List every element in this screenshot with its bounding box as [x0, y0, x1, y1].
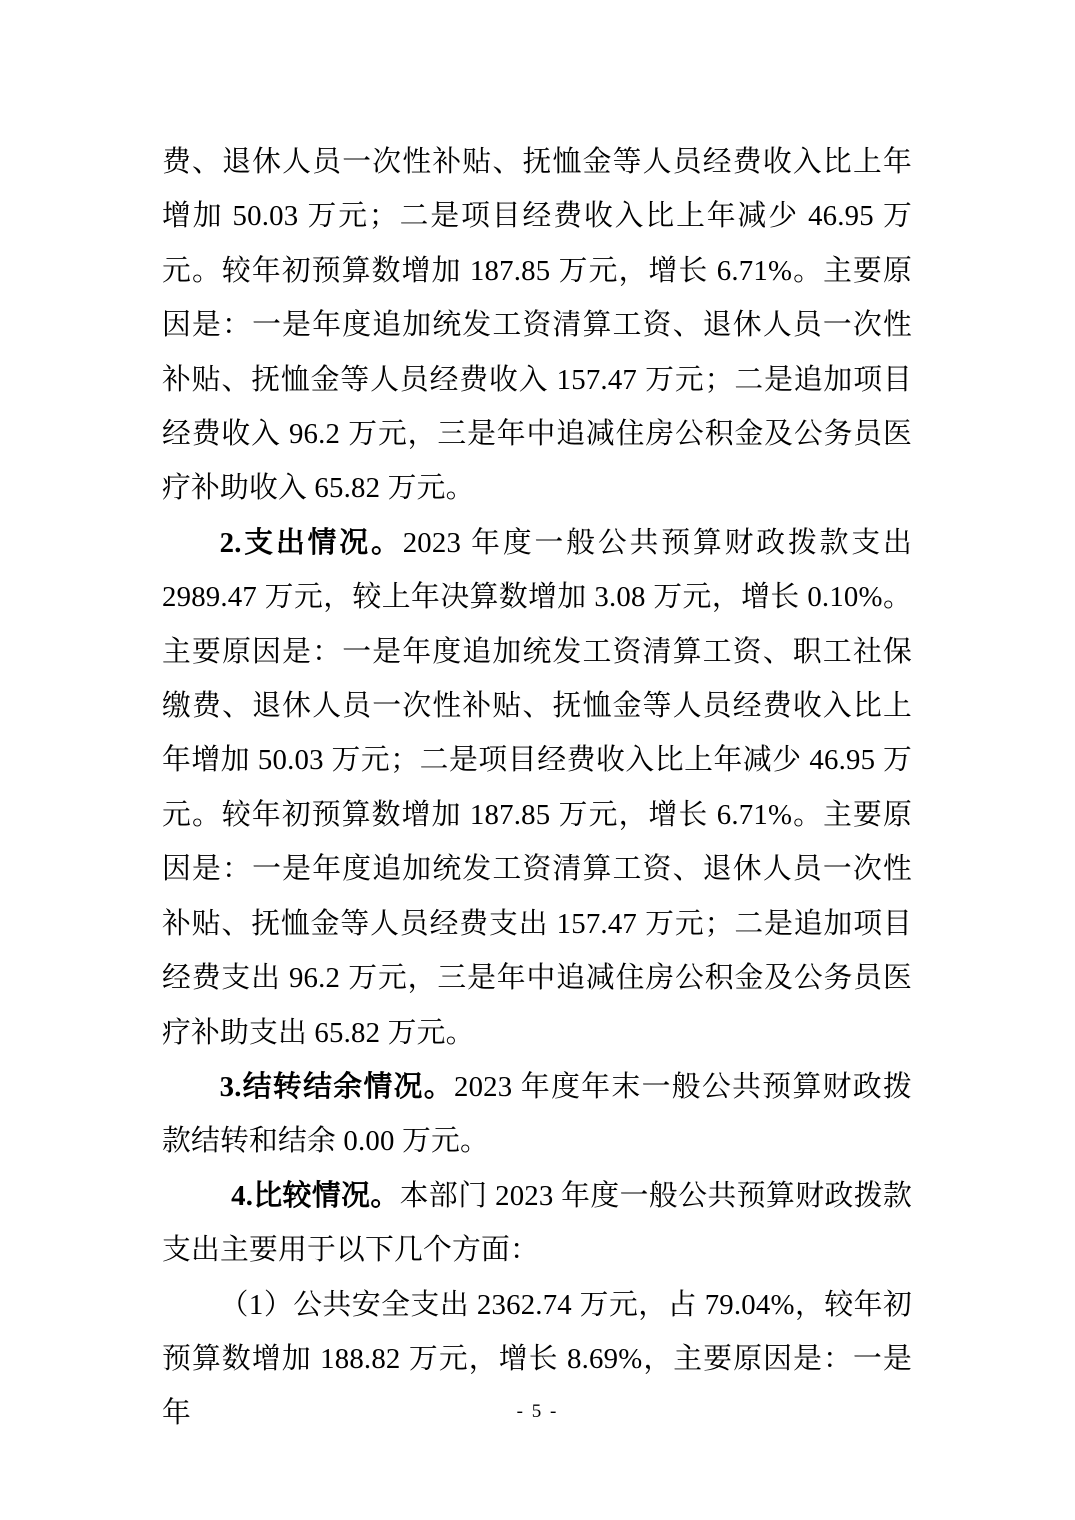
document-body: 费、退休人员一次性补贴、抚恤金等人员经费收入比上年增加 50.03 万元；二是项…	[162, 135, 912, 1441]
section-heading-text: 3.结转结余情况。	[220, 1071, 454, 1103]
page-number: - 5 -	[0, 1401, 1075, 1423]
document-page: 费、退休人员一次性补贴、抚恤金等人员经费收入比上年增加 50.03 万元；二是项…	[0, 0, 1075, 1520]
paragraph: 3.结转结余情况。2023 年度年末一般公共预算财政拨款结转和结余 0.00 万…	[162, 1060, 912, 1169]
paragraph-text: 2023 年度一般公共预算财政拨款支出 2989.47 万元，较上年决算数增加 …	[162, 527, 912, 1049]
paragraph: 费、退休人员一次性补贴、抚恤金等人员经费收入比上年增加 50.03 万元；二是项…	[162, 135, 912, 516]
section-heading-text: 4.比较情况。	[231, 1180, 400, 1212]
paragraph: 2.支出情况。2023 年度一般公共预算财政拨款支出 2989.47 万元，较上…	[162, 516, 912, 1060]
paragraph: 4.比较情况。本部门 2023 年度一般公共预算财政拨款支出主要用于以下几个方面…	[162, 1169, 912, 1278]
section-heading-text: 2.支出情况。	[220, 527, 403, 559]
paragraph-text: 费、退休人员一次性补贴、抚恤金等人员经费收入比上年增加 50.03 万元；二是项…	[162, 146, 912, 504]
